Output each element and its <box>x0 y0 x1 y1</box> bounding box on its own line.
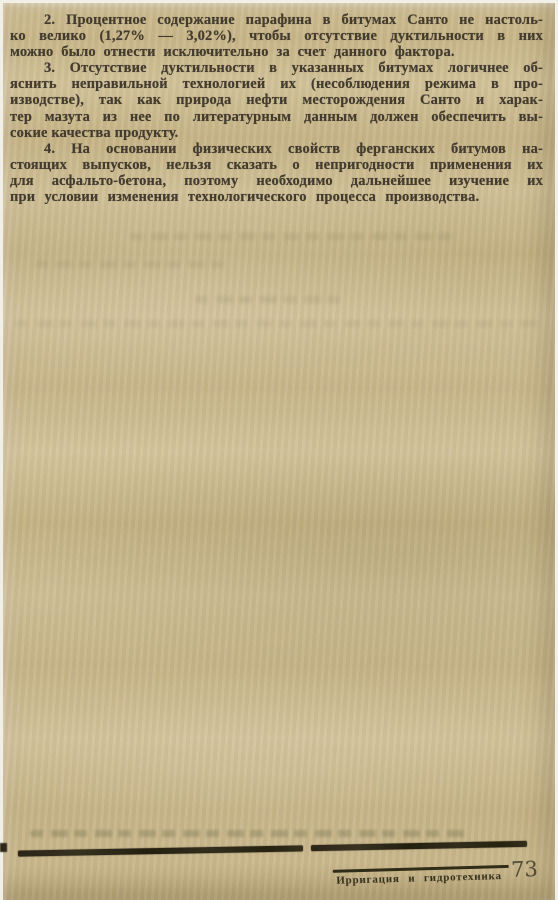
text-line: яснить неправильной технологией их (несо… <box>10 76 543 92</box>
page-number: 73 <box>511 857 538 882</box>
bleedthrough-ghost-text <box>15 320 540 327</box>
text-line: 2. Процентное содержание парафина в биту… <box>10 12 543 28</box>
bleedthrough-ghost-text <box>30 830 467 837</box>
body-text: 2. Процентное содержание парафина в биту… <box>10 12 543 205</box>
paragraph-3: 3. Отсутствие дуктильности в указанных б… <box>10 60 543 140</box>
scanned-book-page: { "page": { "language": "ru", "paragraph… <box>0 0 558 900</box>
text-line: изводстве), так как природа нефти местор… <box>10 92 543 108</box>
scan-artifact-edge-mark <box>0 843 7 852</box>
text-line: стоящих выпусков, нельзя сказать о непри… <box>10 157 543 173</box>
bleedthrough-ghost-text <box>35 261 230 268</box>
bleedthrough-ghost-text <box>195 296 340 303</box>
text-line: ко велико (1,27% — 3,02%), чтобы отсутст… <box>10 28 543 44</box>
paragraph-4: 4. На основании физических свойств ферга… <box>10 141 543 205</box>
page-footer: Ирригация и гидротехника 73 <box>328 858 541 896</box>
text-line: при условии изменения технологического п… <box>10 189 543 205</box>
bleedthrough-ghost-text <box>130 233 455 240</box>
text-line: для асфальто-бетона, поэтому необходимо … <box>10 173 543 189</box>
text-line: можно было отнести исключительно за счет… <box>10 44 543 60</box>
text-line: сокие качества продукту. <box>10 125 543 141</box>
text-line: 3. Отсутствие дуктильности в указанных б… <box>10 60 543 76</box>
paragraph-2: 2. Процентное содержание парафина в биту… <box>10 12 543 60</box>
text-line: тер мазута из нее по литературным данным… <box>10 109 543 125</box>
text-line: 4. На основании физических свойств ферга… <box>10 141 543 157</box>
journal-title: Ирригация и гидротехника <box>328 870 510 887</box>
